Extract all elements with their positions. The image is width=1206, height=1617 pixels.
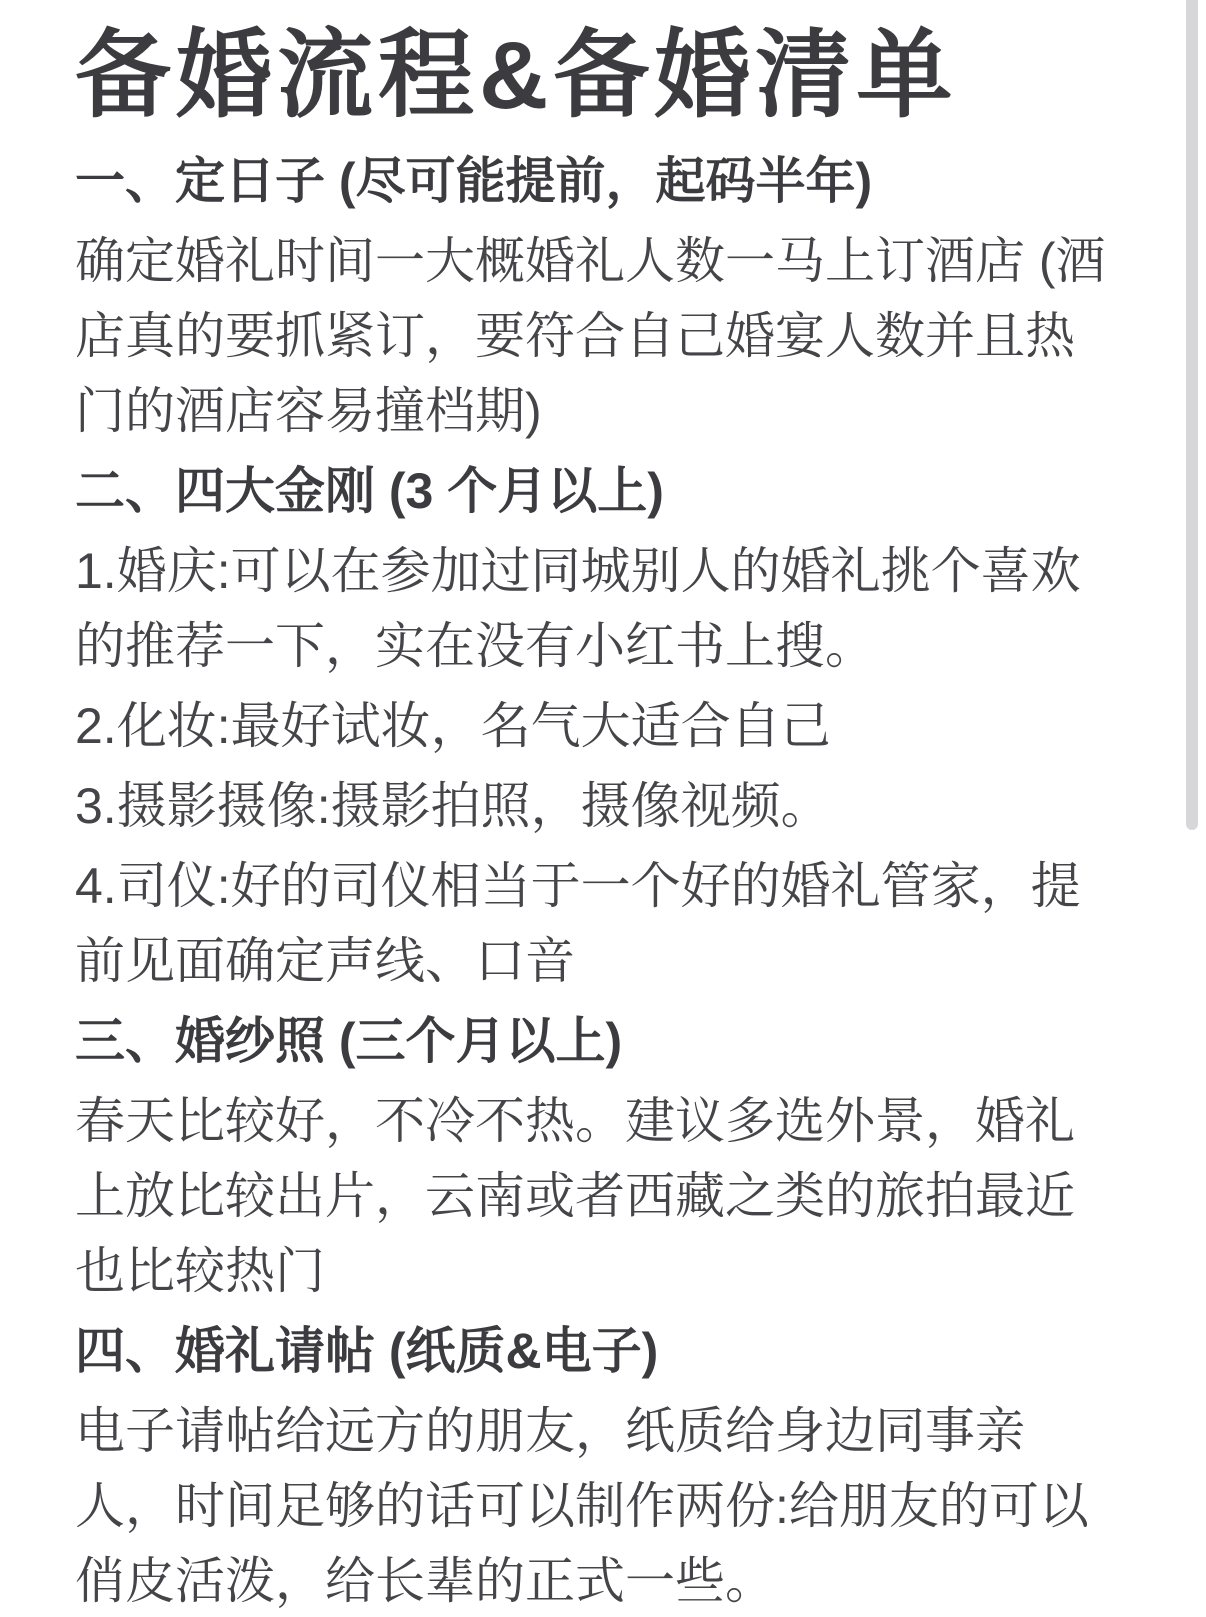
note-content: 一、定日子 (尽可能提前，起码半年) 确定婚礼时间一大概婚礼人数一马上订酒店 (…: [75, 144, 1120, 1617]
page-title: 备婚流程&备婚清单: [0, 0, 1206, 126]
note-page: 备婚流程&备婚清单 一、定日子 (尽可能提前，起码半年) 确定婚礼时间一大概婚礼…: [0, 0, 1206, 1617]
paragraph: 1.婚庆:可以在参加过同城别人的婚礼挑个喜欢的推荐一下，实在没有小红书上搜。: [75, 534, 1120, 684]
scrollbar-thumb[interactable]: [1186, 0, 1198, 830]
section-heading: 三、婚纱照 (三个月以上): [75, 1004, 1120, 1079]
section-heading: 一、定日子 (尽可能提前，起码半年): [75, 144, 1120, 219]
paragraph: 确定婚礼时间一大概婚礼人数一马上订酒店 (酒店真的要抓紧订，要符合自己婚宴人数并…: [75, 224, 1120, 449]
section-heading: 二、四大金刚 (3 个月以上): [75, 454, 1120, 529]
note-section: 二、四大金刚 (3 个月以上) 1.婚庆:可以在参加过同城别人的婚礼挑个喜欢的推…: [75, 454, 1120, 999]
paragraph: 2.化妆:最好试妆，名气大适合自己: [75, 689, 1120, 764]
paragraph: 春天比较好，不冷不热。建议多选外景，婚礼上放比较出片，云南或者西藏之类的旅拍最近…: [75, 1084, 1120, 1309]
paragraph: 电子请帖给远方的朋友，纸质给身边同事亲人，时间足够的话可以制作两份:给朋友的可以…: [75, 1394, 1120, 1617]
section-heading: 四、婚礼请帖 (纸质&电子): [75, 1314, 1120, 1389]
note-section: 一、定日子 (尽可能提前，起码半年) 确定婚礼时间一大概婚礼人数一马上订酒店 (…: [75, 144, 1120, 449]
note-section: 四、婚礼请帖 (纸质&电子) 电子请帖给远方的朋友，纸质给身边同事亲人，时间足够…: [75, 1314, 1120, 1617]
paragraph: 4.司仪:好的司仪相当于一个好的婚礼管家，提前见面确定声线、口音: [75, 849, 1120, 999]
paragraph: 3.摄影摄像:摄影拍照，摄像视频。: [75, 769, 1120, 844]
note-section: 三、婚纱照 (三个月以上) 春天比较好，不冷不热。建议多选外景，婚礼上放比较出片…: [75, 1004, 1120, 1309]
